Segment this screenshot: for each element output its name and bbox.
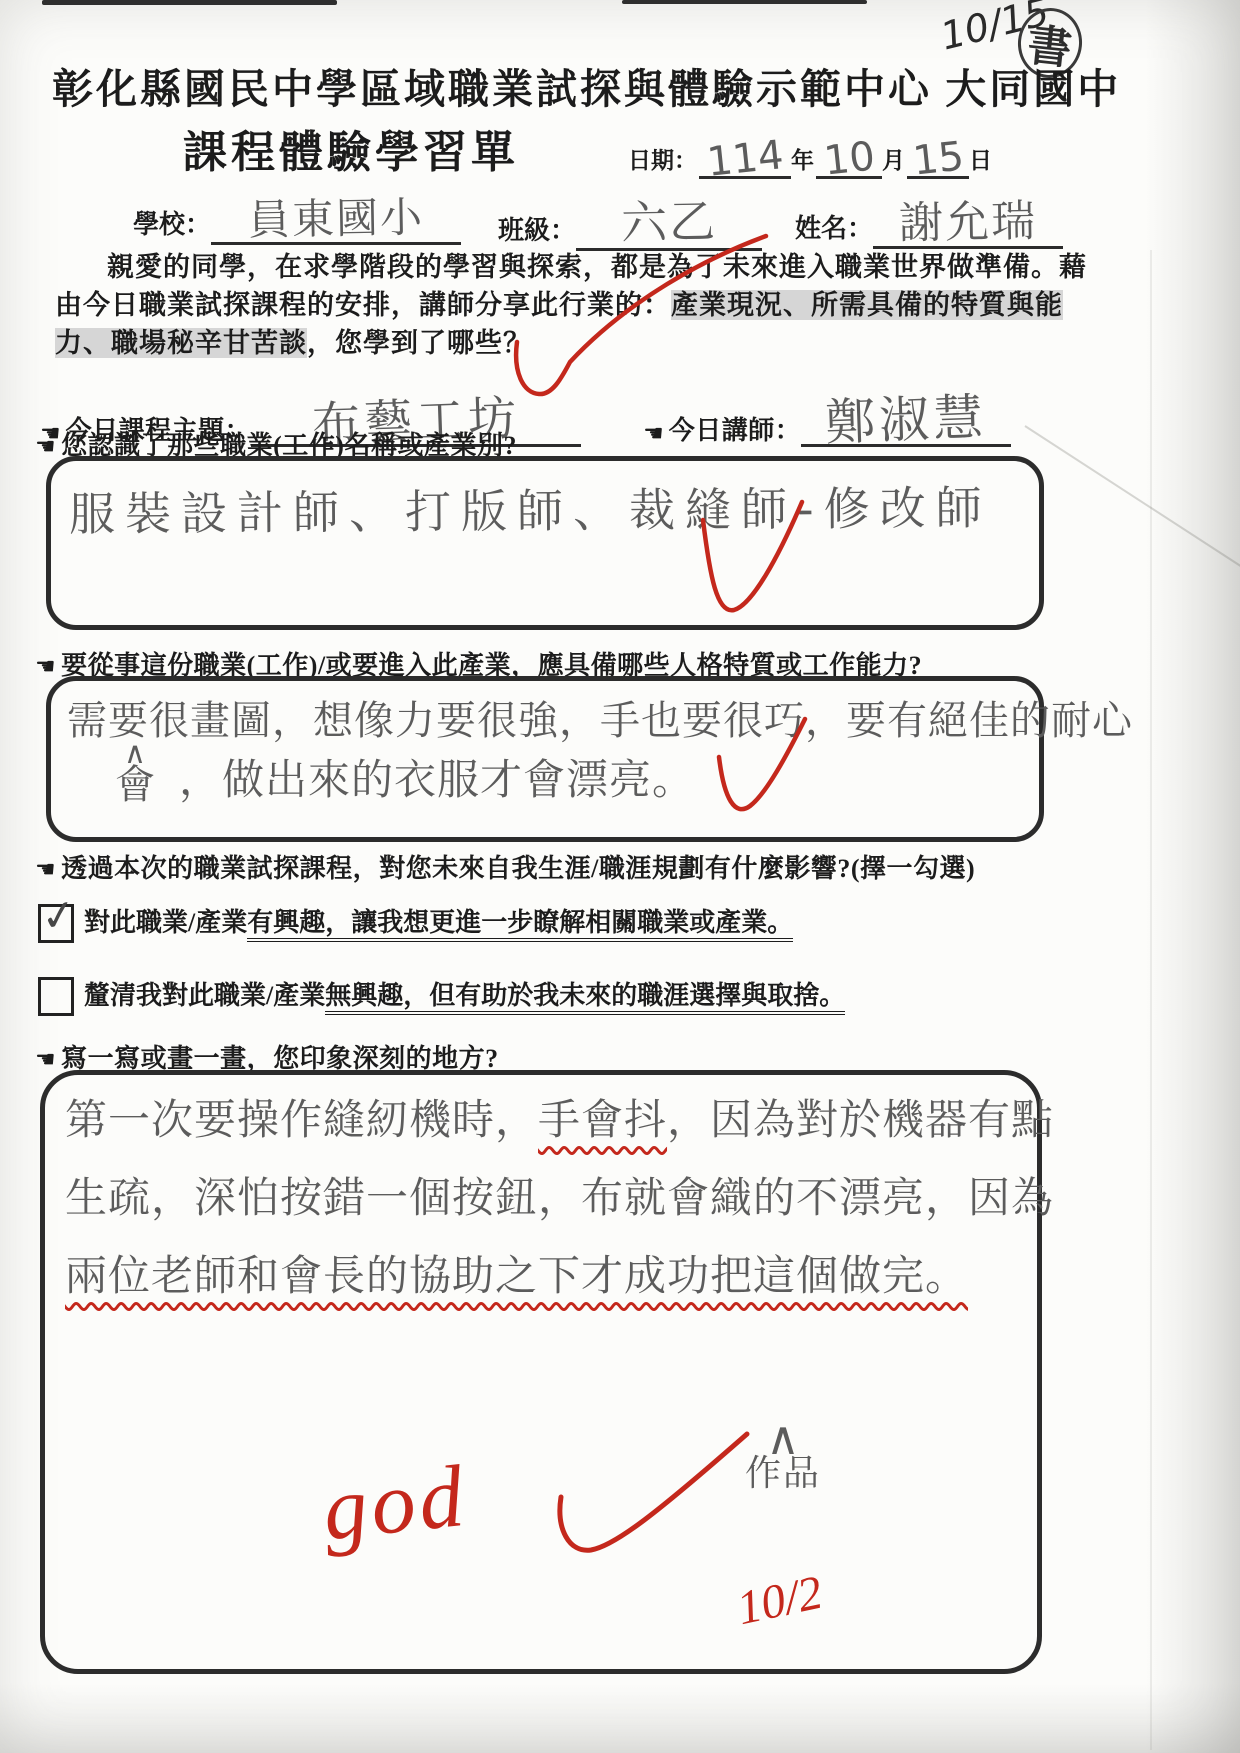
checkbox-interested: ✓	[38, 904, 74, 943]
name-field: 謝允瑞	[873, 182, 1063, 249]
option-text-plain: 對此職業/產業	[84, 908, 247, 937]
teacher-score: 10/2	[732, 1565, 827, 1637]
answer-text: ，因為對於機器有點	[667, 1095, 1054, 1144]
checkbox-not-interested	[38, 977, 74, 1016]
hand-pointer-icon: ☚	[35, 857, 56, 883]
hand-pointer-icon: ☚	[35, 1047, 56, 1073]
school-label: 學校：	[133, 204, 211, 241]
teacher-comment-good: god	[318, 1446, 472, 1561]
highlighted-text: 力、職場秘辛甘苦談	[55, 328, 307, 358]
question-3: ☚透過本次的職業試探課程，對您未來自我生涯/職涯規劃有什麼影響?(擇一勾選)	[35, 848, 975, 885]
inserted-label-group: ∧ 作品	[745, 1423, 821, 1495]
inserted-character: 會	[115, 763, 155, 807]
school-field: 員東國小	[211, 182, 461, 245]
red-wavy-underlined-text: 手會抖	[538, 1095, 667, 1144]
page-title: 彰化縣國民中學區域職業試探與體驗示範中心 大同國中	[52, 56, 1121, 115]
scan-artifact-line	[622, 0, 867, 4]
insertion-caret: ∧	[745, 1423, 821, 1453]
answer-box-2: 需要很畫圖，想像力要很強，手也要很巧，要有絕佳的耐心 ∧ 會 ，做出來的衣服才會…	[46, 676, 1044, 842]
answer-box-1: 服裝設計師、打版師、裁縫師-修改師	[46, 456, 1044, 630]
date-month-value: 10	[821, 133, 876, 184]
option-text-underlined: 有興趣，讓我想更進一步瞭解相關職業或產業。	[247, 908, 793, 942]
intro-text: 由今日職業試探課程的安排，講師分享此行業的：	[55, 290, 671, 320]
school-value: 員東國小	[247, 184, 424, 247]
highlighted-text: 產業現況、所需具備的特質與能	[671, 290, 1063, 320]
intro-line: 由今日職業試探課程的安排，講師分享此行業的：產業現況、所需具備的特質與能	[55, 286, 1145, 324]
paper-fold-crease	[1150, 250, 1152, 1750]
date-day-value: 15	[910, 133, 965, 184]
date-year-field: 114	[699, 130, 791, 179]
intro-paragraph: 親愛的同學，在求學階段的學習與探索，都是為了未來進入職業世界做準備。藉 由今日職…	[55, 248, 1145, 362]
option-text-underlined: 無興趣，但有助於我未來的職涯選擇與取捨。	[325, 981, 845, 1015]
month-unit-label: 月	[882, 142, 905, 175]
scanned-worksheet-page: 10/15 書 彰化縣國民中學區域職業試探與體驗示範中心 大同國中 課程體驗學習…	[0, 0, 1240, 1753]
lecturer-label: 今日講師：	[669, 410, 802, 447]
answer-4-line-1: 第一次要操作縫紉機時，手會抖，因為對於機器有點	[65, 1087, 1054, 1147]
class-field: 六乙	[576, 182, 762, 251]
day-unit-label: 日	[969, 142, 992, 175]
paper-edge-shading	[0, 1683, 1240, 1753]
class-value: 六乙	[620, 185, 717, 253]
option-not-interested-text: 釐清我對此職業/產業無興趣，但有助於我未來的職涯選擇與取捨。	[84, 975, 845, 1012]
form-subtitle: 課程體驗學習單	[183, 116, 519, 180]
intro-text: ，您學到了哪些？	[307, 328, 531, 358]
date-row: 日期： 114 年 10 月 15 日	[628, 130, 994, 179]
inserted-character-group: ∧ 會	[115, 745, 155, 807]
question-4-text: 寫一寫或畫一畫，您印象深刻的地方?	[61, 1044, 499, 1073]
hand-pointer-icon: ☚	[643, 421, 664, 447]
intro-line: 親愛的同學，在求學階段的學習與探索，都是為了未來進入職業世界做準備。藉	[55, 248, 1145, 286]
answer-box-4: 第一次要操作縫紉機時，手會抖，因為對於機器有點 生疏，深怕按錯一個按鈕，布就會織…	[40, 1070, 1042, 1674]
answer-4-line-2: 生疏，深怕按錯一個按鈕，布就會織的不漂亮，因為	[65, 1165, 1054, 1225]
answer-4-line-3: 兩位老師和會長的協助之下才成功把這個做完。	[65, 1243, 968, 1303]
handwritten-check-icon: ✓	[38, 889, 80, 942]
hand-pointer-icon: ☚	[35, 654, 56, 680]
date-day-field: 15	[907, 130, 969, 179]
option-text-plain: 釐清我對此職業/產業	[84, 981, 325, 1010]
answer-2-line-1: 需要很畫圖，想像力要很強，手也要很巧，要有絕佳的耐心	[67, 689, 1133, 746]
date-label: 日期：	[628, 142, 697, 175]
option-not-interested-row: 釐清我對此職業/產業無興趣，但有助於我未來的職涯選擇與取捨。	[38, 975, 845, 1016]
answer-1-handwriting: 服裝設計師、打版師、裁縫師-修改師	[69, 472, 992, 544]
name-field-group: 姓名： 謝允瑞	[795, 182, 1063, 249]
lecturer-group: ☚ 今日講師： 鄭淑慧	[643, 372, 1011, 447]
insertion-caret: ∧	[115, 745, 155, 763]
lecturer-value: 鄭淑慧	[824, 377, 988, 455]
school-field-group: 學校： 員東國小	[133, 182, 461, 245]
option-interested-row: ✓ 對此職業/產業有興趣，讓我想更進一步瞭解相關職業或產業。	[38, 902, 793, 943]
paper-edge-shading	[1145, 0, 1240, 1753]
name-value: 謝允瑞	[898, 185, 1037, 251]
lecturer-field: 鄭淑慧	[801, 372, 1011, 447]
class-label: 班級：	[498, 210, 576, 247]
question-3-text: 透過本次的職業試探課程，對您未來自我生涯/職涯規劃有什麼影響?(擇一勾選)	[61, 854, 975, 883]
date-month-field: 10	[816, 130, 882, 179]
answer-2-line-2: ，做出來的衣服才會漂亮。	[179, 747, 695, 807]
scan-artifact-line	[42, 0, 337, 5]
option-interested-text: 對此職業/產業有興趣，讓我想更進一步瞭解相關職業或產業。	[84, 902, 793, 939]
hand-pointer-icon: ☚	[35, 434, 56, 460]
intro-line: 力、職場秘辛甘苦談，您學到了哪些？	[55, 324, 1145, 362]
class-field-group: 班級： 六乙	[498, 182, 762, 251]
inserted-label: 作品	[745, 1453, 821, 1495]
date-year-value: 114	[705, 132, 786, 186]
name-label: 姓名：	[795, 208, 873, 245]
year-unit-label: 年	[791, 142, 814, 175]
answer-text: 第一次要操作縫紉機時，	[65, 1095, 538, 1144]
